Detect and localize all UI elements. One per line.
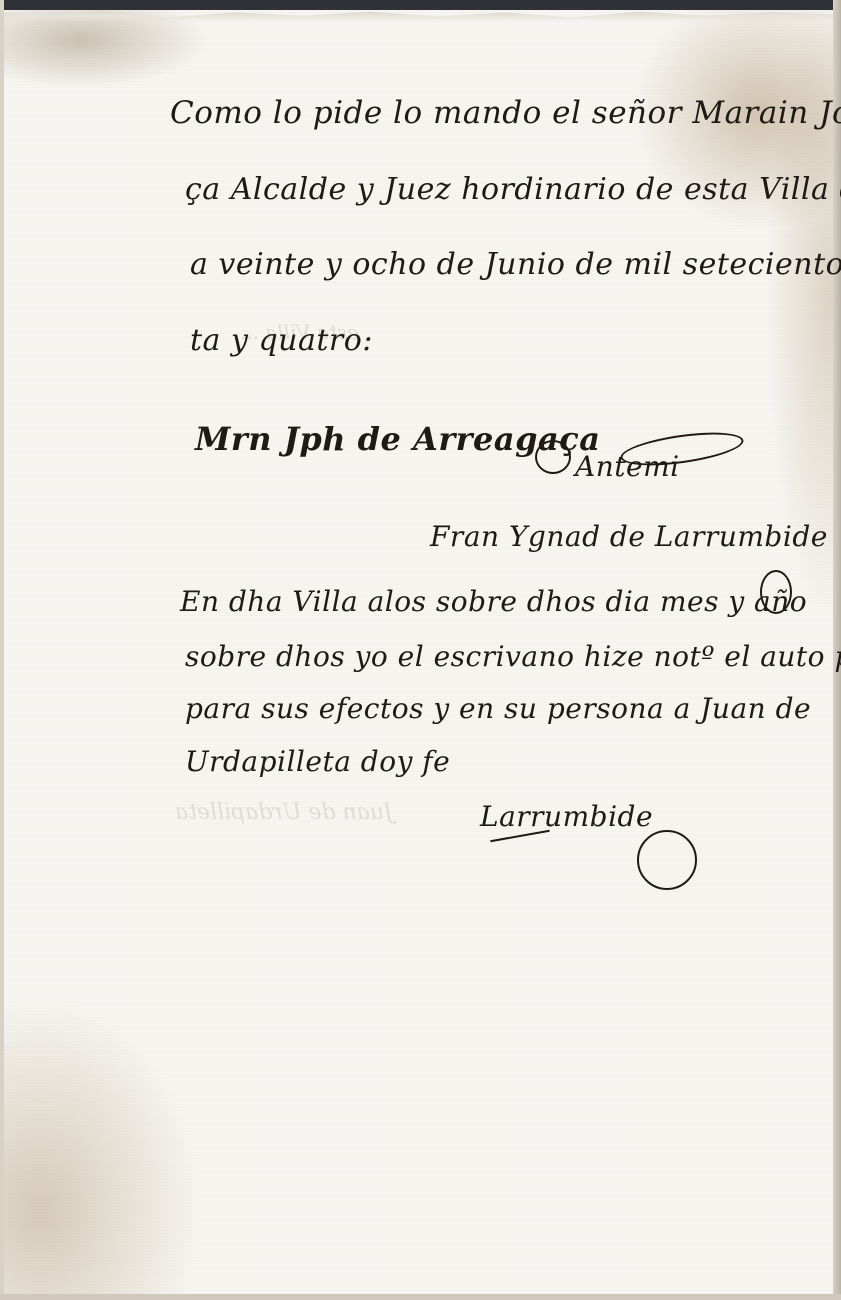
- text-line: para sus efectos y en su persona a Juan …: [185, 692, 811, 725]
- signature-rubric: [637, 830, 697, 890]
- text-line: ta y quatro:: [190, 323, 373, 358]
- signature-flourish: [619, 427, 746, 472]
- text-line: Como lo pide lo mando el señor Marain Jo…: [170, 95, 841, 131]
- text-line: En dha Villa alos sobre dhos dia mes y a…: [180, 585, 807, 618]
- signature-larrumbide: Larrumbide: [480, 800, 653, 833]
- bleed-through-text: Juan de Urdapilleta: [175, 800, 393, 825]
- scan-top-border: [0, 0, 841, 10]
- text-line: Urdapilleta doy fe: [185, 745, 450, 778]
- page-left-edge: [0, 0, 4, 1300]
- manuscript-page: Juan de Urdapilleta esta Villa ... Como …: [0, 0, 841, 1300]
- signature-larrumbide-full: Fran Ygnad de Larrumbide: [430, 520, 828, 553]
- signature-flourish: [760, 570, 792, 614]
- signature-flourish: [535, 440, 571, 474]
- text-line: a veinte y ocho de Junio de mil setecien…: [190, 247, 841, 282]
- page-bottom-edge: [0, 1294, 841, 1300]
- text-line: ça Alcalde y Juez hordinario de esta Vil…: [185, 172, 841, 207]
- text-line: sobre dhos yo el escrivano hize notº el …: [185, 640, 841, 673]
